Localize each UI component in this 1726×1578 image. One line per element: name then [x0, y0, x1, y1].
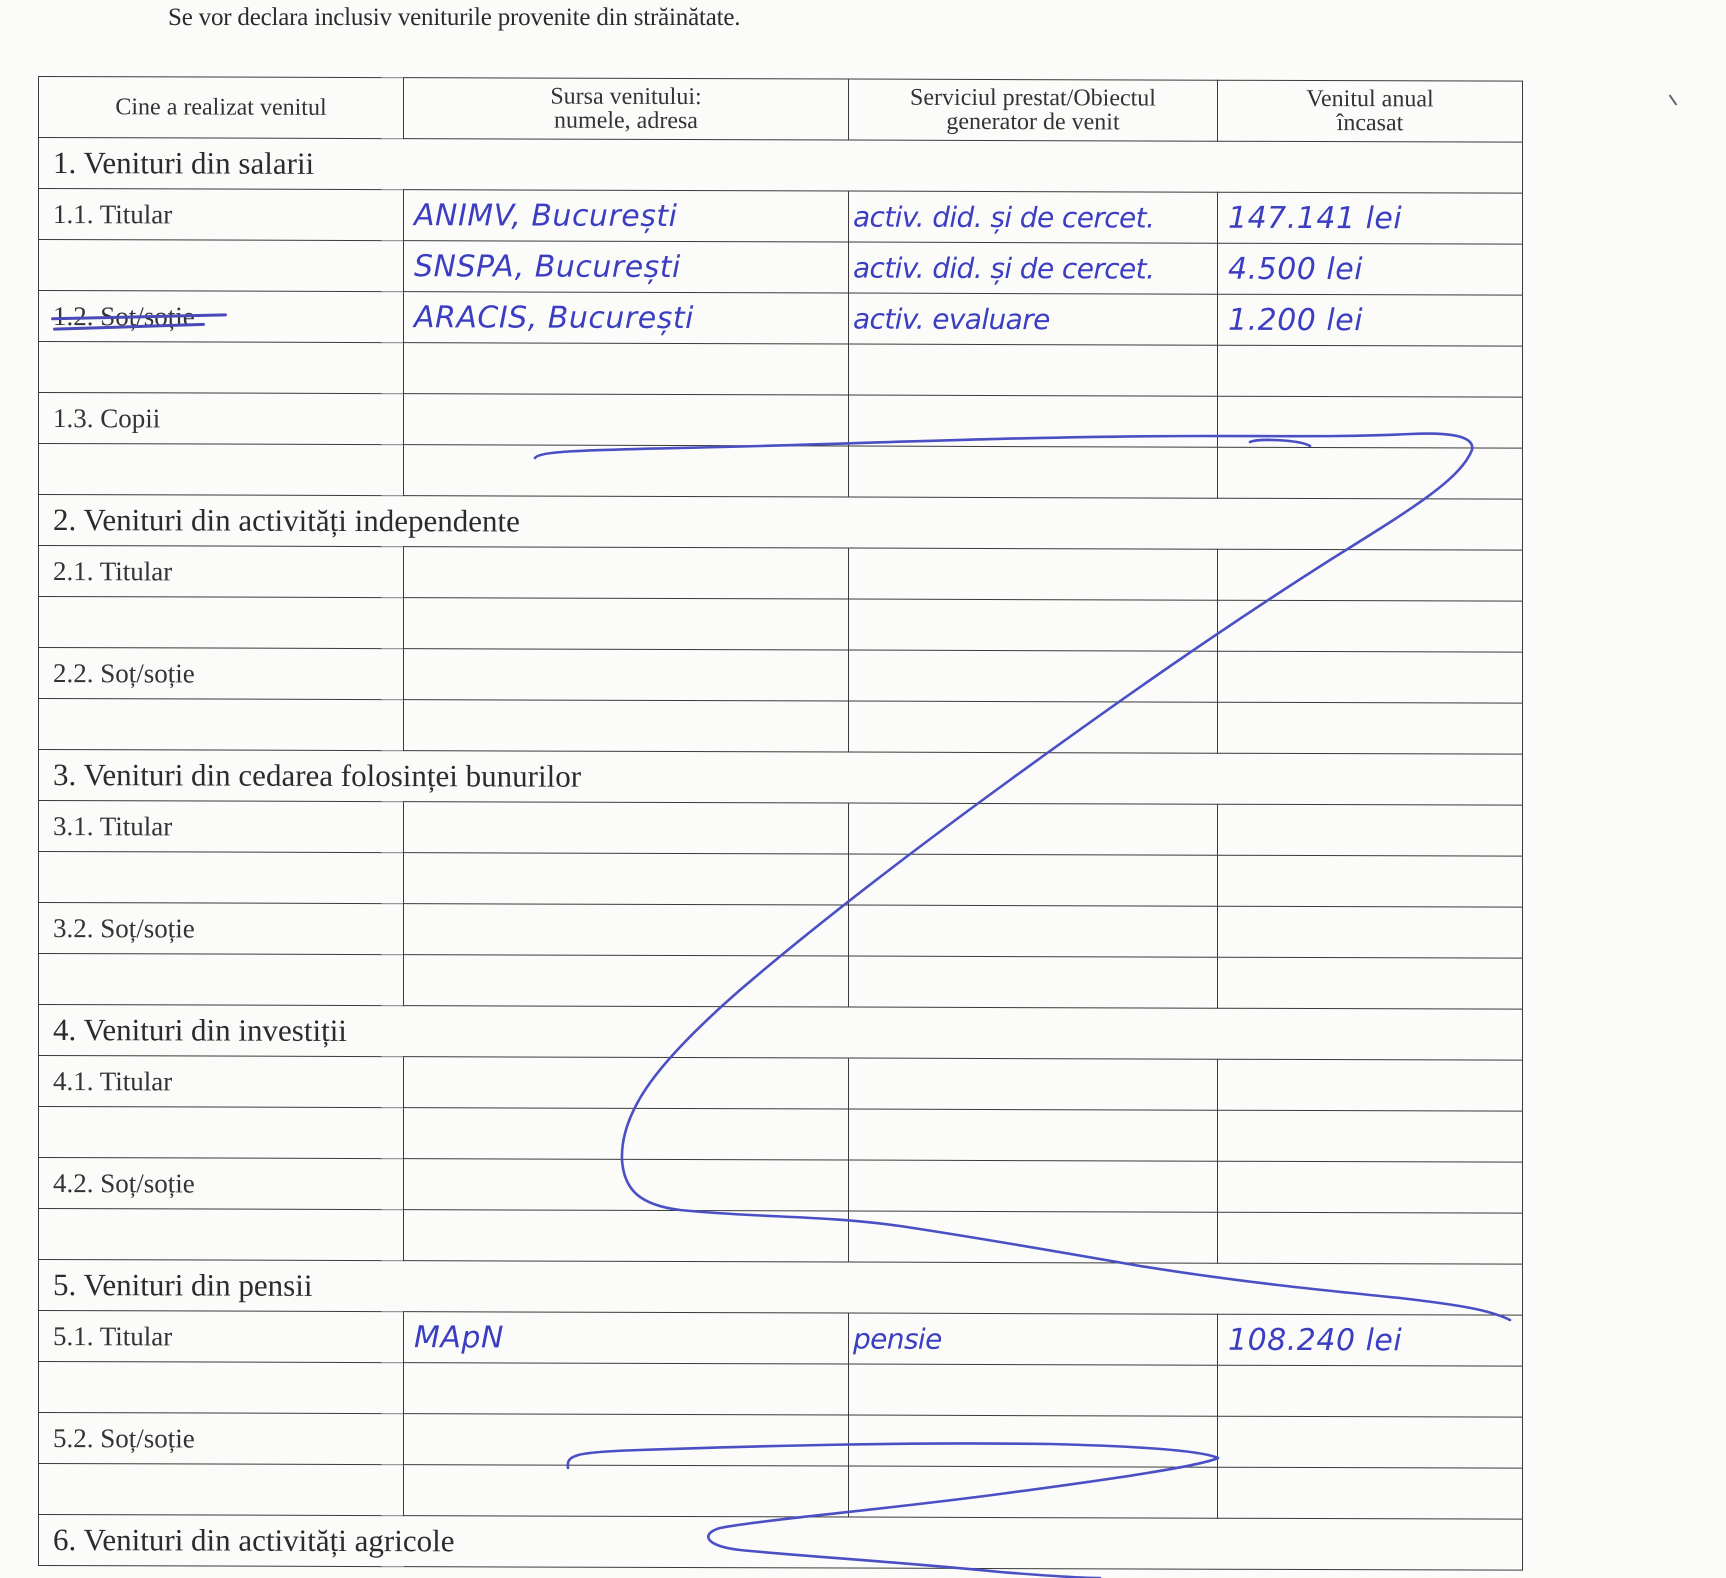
section-title: 6. Venituri din activități agricole [39, 1515, 1523, 1571]
cell-amount: 147.141 lei [1218, 192, 1523, 244]
table-row [39, 1107, 1523, 1163]
cell-service: pensie [849, 1313, 1218, 1365]
cell-service [849, 1109, 1218, 1161]
table-row [39, 342, 1523, 398]
cell-who [39, 852, 404, 904]
handwritten-service: activ. evaluare [853, 302, 1050, 336]
cell-source [404, 598, 849, 650]
cell-source [404, 1363, 849, 1415]
cell-service: activ. did. și de cercet. [849, 242, 1218, 294]
table-row: 5.2. Soț/soție [39, 1413, 1523, 1469]
who-label: 1.3. Copii [53, 403, 160, 433]
cell-service [849, 803, 1218, 855]
cell-amount [1218, 1416, 1523, 1468]
cell-source [404, 955, 849, 1007]
table-row: 2.2. Soț/soție [39, 648, 1523, 704]
table-row: 1.1. TitularANIMV, Bucureștiactiv. did. … [39, 189, 1523, 245]
cell-source [404, 343, 849, 395]
cell-who [39, 1464, 404, 1516]
cell-source [404, 1057, 849, 1109]
cell-amount [1218, 345, 1523, 397]
cell-source [404, 445, 849, 497]
table-row: 3.2. Soț/soție [39, 903, 1523, 959]
cell-source [404, 1159, 849, 1211]
cell-service [849, 344, 1218, 396]
who-label: 2.2. Soț/soție [53, 658, 195, 688]
cell-source: SNSPA, București [404, 241, 849, 293]
cell-source: ANIMV, București [404, 190, 849, 242]
cell-who: 5.2. Soț/soție [39, 1413, 404, 1465]
cell-service [849, 1160, 1218, 1212]
cell-who: 4.1. Titular [39, 1056, 404, 1108]
table-row [39, 699, 1523, 755]
table-row: 4.2. Soț/soție [39, 1158, 1523, 1214]
cell-who [39, 240, 404, 292]
cell-who: 3.2. Soț/soție [39, 903, 404, 955]
who-label: 5.1. Titular [53, 1321, 172, 1351]
section-row: 5. Venituri din pensii [39, 1260, 1523, 1316]
income-declaration-table: Cine a realizat venitul Sursa venitului:… [38, 76, 1523, 1571]
cell-who: 2.2. Soț/soție [39, 648, 404, 700]
who-label: 5.2. Soț/soție [53, 1423, 195, 1453]
cell-source [404, 904, 849, 956]
cell-service [849, 446, 1218, 498]
cell-amount [1218, 1365, 1523, 1417]
cell-who: 4.2. Soț/soție [39, 1158, 404, 1210]
cell-who [39, 699, 404, 751]
handwritten-service: activ. did. și de cercet. [853, 200, 1154, 234]
cell-who [39, 1107, 404, 1159]
section-title: 2. Venituri din activități independente [39, 495, 1523, 551]
who-label: 3.2. Soț/soție [53, 913, 195, 943]
table-row [39, 1362, 1523, 1418]
cell-source [404, 649, 849, 701]
who-label: 4.1. Titular [53, 1066, 172, 1096]
table-row [39, 954, 1523, 1010]
cell-amount [1218, 651, 1523, 703]
who-label-struck: 1.2. Soț/soție [53, 301, 195, 332]
header-service-line-1: Serviciul prestat/Obiectul [849, 86, 1217, 111]
section-row: 4. Venituri din investiții [39, 1005, 1523, 1061]
cell-amount [1218, 855, 1523, 907]
table-row: 1.2. Soț/soțieARACIS, Bucureștiactiv. ev… [39, 291, 1523, 347]
cell-amount: 1.200 lei [1218, 294, 1523, 346]
handwritten-amount: 147.141 lei [1228, 200, 1402, 236]
who-label: 1.1. Titular [53, 199, 172, 229]
handwritten-source: MApN [414, 1320, 504, 1355]
who-label: 3.1. Titular [53, 811, 172, 841]
intro-note: Se vor declara inclusiv veniturile prove… [168, 4, 740, 32]
header-source-line-2: numele, adresa [404, 108, 848, 133]
table-row: 2.1. Titular [39, 546, 1523, 602]
header-amount-line-2: încasat [1218, 111, 1522, 136]
who-label: 4.2. Soț/soție [53, 1168, 195, 1198]
header-amount-line-1: Venitul anual [1218, 87, 1522, 112]
cell-who: 2.1. Titular [39, 546, 404, 598]
handwritten-amount: 1.200 lei [1228, 302, 1363, 337]
cell-who: 1.3. Copii [39, 393, 404, 445]
cell-service [849, 548, 1218, 600]
cell-amount [1218, 1212, 1523, 1264]
cell-service [849, 650, 1218, 702]
cell-service [849, 1058, 1218, 1110]
cell-service [849, 1364, 1218, 1416]
cell-who: 5.1. Titular [39, 1311, 404, 1363]
cell-service: activ. did. și de cercet. [849, 191, 1218, 243]
cell-who [39, 954, 404, 1006]
cell-amount: 108.240 lei [1218, 1314, 1523, 1366]
cell-amount [1218, 549, 1523, 601]
handwritten-source: SNSPA, București [414, 249, 681, 285]
table-header-row: Cine a realizat venitul Sursa venitului:… [39, 77, 1523, 143]
cell-source [404, 802, 849, 854]
cell-service [849, 956, 1218, 1008]
cell-amount [1218, 447, 1523, 499]
cell-service [849, 1415, 1218, 1467]
cell-who: 1.2. Soț/soție [39, 291, 404, 343]
handwritten-service: pensie [853, 1322, 942, 1355]
cell-amount [1218, 1467, 1523, 1519]
stray-pen-mark [1669, 95, 1678, 106]
cell-amount [1218, 396, 1523, 448]
handwritten-source: ANIMV, București [414, 198, 677, 234]
cell-source [404, 1414, 849, 1466]
cell-source [404, 1108, 849, 1160]
cell-amount [1218, 1059, 1523, 1111]
cell-source [404, 853, 849, 905]
handwritten-source: ARACIS, București [414, 300, 694, 336]
cell-source: ARACIS, București [404, 292, 849, 344]
header-who: Cine a realizat venitul [39, 77, 404, 139]
cell-service [849, 854, 1218, 906]
section-title: 1. Venituri din salarii [39, 138, 1523, 194]
section-row: 1. Venituri din salarii [39, 138, 1523, 194]
cell-amount [1218, 600, 1523, 652]
section-title: 4. Venituri din investiții [39, 1005, 1523, 1061]
cell-source [404, 547, 849, 599]
table-row: SNSPA, Bucureștiactiv. did. și de cercet… [39, 240, 1523, 296]
cell-source: MApN [404, 1312, 849, 1364]
cell-source [404, 1210, 849, 1262]
cell-who [39, 1209, 404, 1261]
table-row: 3.1. Titular [39, 801, 1523, 857]
cell-amount [1218, 804, 1523, 856]
table-row [39, 597, 1523, 653]
cell-who: 1.1. Titular [39, 189, 404, 241]
who-label: 2.1. Titular [53, 556, 172, 586]
cell-service [849, 395, 1218, 447]
cell-service [849, 599, 1218, 651]
header-amount: Venitul anual încasat [1218, 80, 1523, 142]
cell-service: activ. evaluare [849, 293, 1218, 345]
handwritten-amount: 4.500 lei [1228, 251, 1363, 286]
cell-amount [1218, 1110, 1523, 1162]
section-row: 2. Venituri din activități independente [39, 495, 1523, 551]
cell-who [39, 444, 404, 496]
cell-service [849, 1466, 1218, 1518]
cell-amount: 4.500 lei [1218, 243, 1523, 295]
cell-amount [1218, 1161, 1523, 1213]
handwritten-amount: 108.240 lei [1228, 1322, 1402, 1358]
table-row: 4.1. Titular [39, 1056, 1523, 1112]
table-row [39, 852, 1523, 908]
cell-who [39, 1362, 404, 1414]
header-source-line-1: Sursa venitului: [404, 84, 848, 109]
cell-source [404, 1465, 849, 1517]
table-row [39, 444, 1523, 500]
cell-amount [1218, 906, 1523, 958]
section-title: 5. Venituri din pensii [39, 1260, 1523, 1316]
cell-who [39, 342, 404, 394]
cell-service [849, 905, 1218, 957]
section-row: 3. Venituri din cedarea folosinței bunur… [39, 750, 1523, 806]
table-row [39, 1209, 1523, 1265]
table-body: 1. Venituri din salarii1.1. TitularANIMV… [39, 138, 1523, 1571]
section-title: 3. Venituri din cedarea folosinței bunur… [39, 750, 1523, 806]
cell-amount [1218, 957, 1523, 1009]
cell-who: 3.1. Titular [39, 801, 404, 853]
header-service: Serviciul prestat/Obiectul generator de … [849, 79, 1218, 141]
table-row: 5.1. TitularMApNpensie108.240 lei [39, 1311, 1523, 1367]
section-row: 6. Venituri din activități agricole [39, 1515, 1523, 1571]
header-source: Sursa venitului: numele, adresa [404, 78, 849, 140]
cell-source [404, 700, 849, 752]
table-row [39, 1464, 1523, 1520]
cell-amount [1218, 702, 1523, 754]
cell-who [39, 597, 404, 649]
cell-source [404, 394, 849, 446]
cell-service [849, 701, 1218, 753]
header-who-line: Cine a realizat venitul [39, 95, 403, 120]
handwritten-service: activ. did. și de cercet. [853, 251, 1154, 285]
cell-service [849, 1211, 1218, 1263]
table-row: 1.3. Copii [39, 393, 1523, 449]
header-service-line-2: generator de venit [849, 110, 1217, 135]
